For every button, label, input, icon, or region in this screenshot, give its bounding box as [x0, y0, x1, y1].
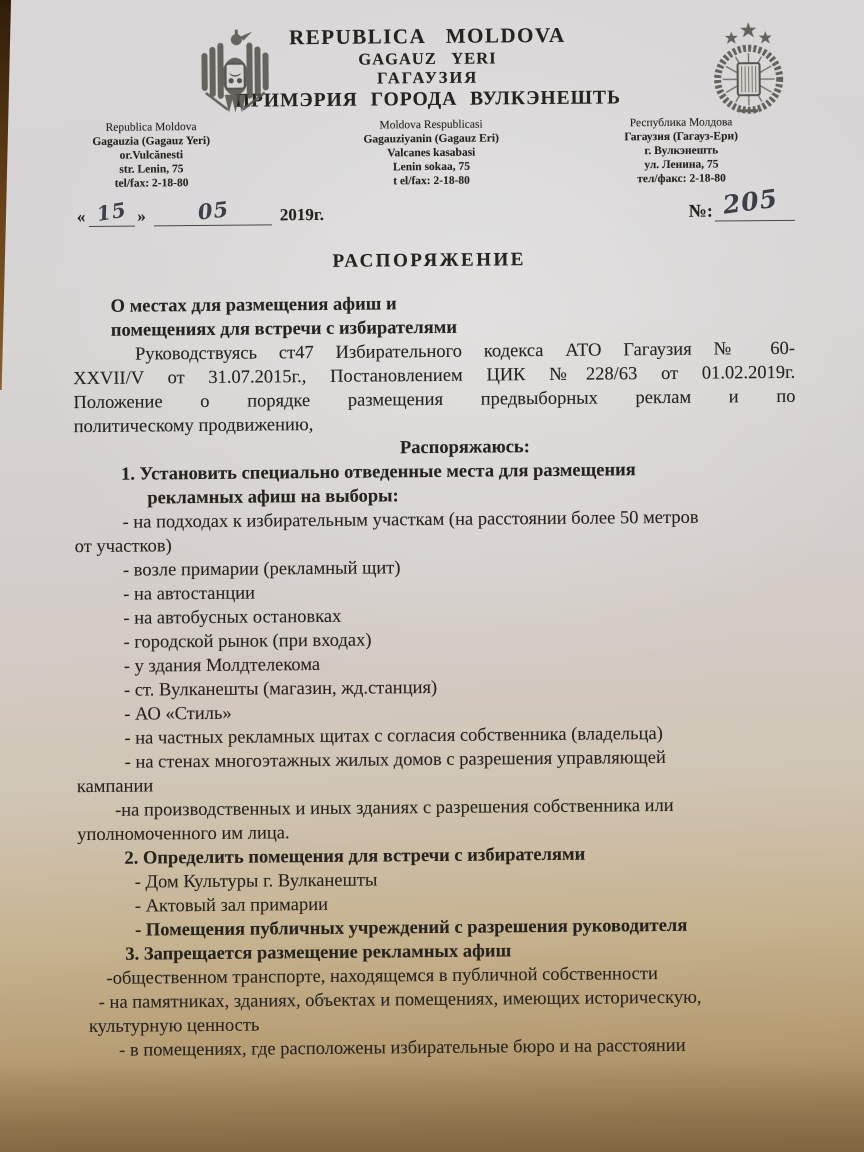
- date-open-quote: «: [77, 207, 86, 227]
- date-row-spacer: [324, 221, 689, 224]
- document-title: РАСПОРЯЖЕНИЕ: [0, 246, 861, 276]
- date-number-row: « 15 » 05 2019г. №: 205: [0, 199, 861, 228]
- number-label: №:: [689, 200, 713, 221]
- date-day-field: 15: [88, 205, 134, 226]
- date-year: 2019г.: [280, 205, 324, 225]
- letterhead-line: t el/fax: 2-18-80: [306, 173, 556, 189]
- handwritten-day: 15: [95, 197, 128, 226]
- date-close-quote: »: [137, 206, 146, 226]
- gagauzia-coat-of-arms-icon: [698, 21, 799, 128]
- document-body: О местах для размещения афиш и помещения…: [73, 289, 802, 1063]
- date-month-field: 05: [154, 204, 272, 226]
- letterhead-column-romanian: Republica Moldova Gagauzia (Gagauz Yeri)…: [0, 119, 307, 192]
- handwritten-month: 05: [196, 196, 230, 224]
- letterhead-line: tel/fax: 2-18-80: [0, 175, 307, 192]
- document-page: REPUBLICA MOLDOVA GAGAUZ YERI ГАГАУЗИЯ П…: [0, 0, 864, 1152]
- handwritten-number: 205: [721, 183, 780, 219]
- moldova-coat-of-arms-icon: [187, 28, 283, 129]
- letterhead-column-gagauz: Moldova Respublicasi Gagauziyanin (Gagau…: [306, 117, 557, 189]
- number-field: 205: [715, 200, 795, 222]
